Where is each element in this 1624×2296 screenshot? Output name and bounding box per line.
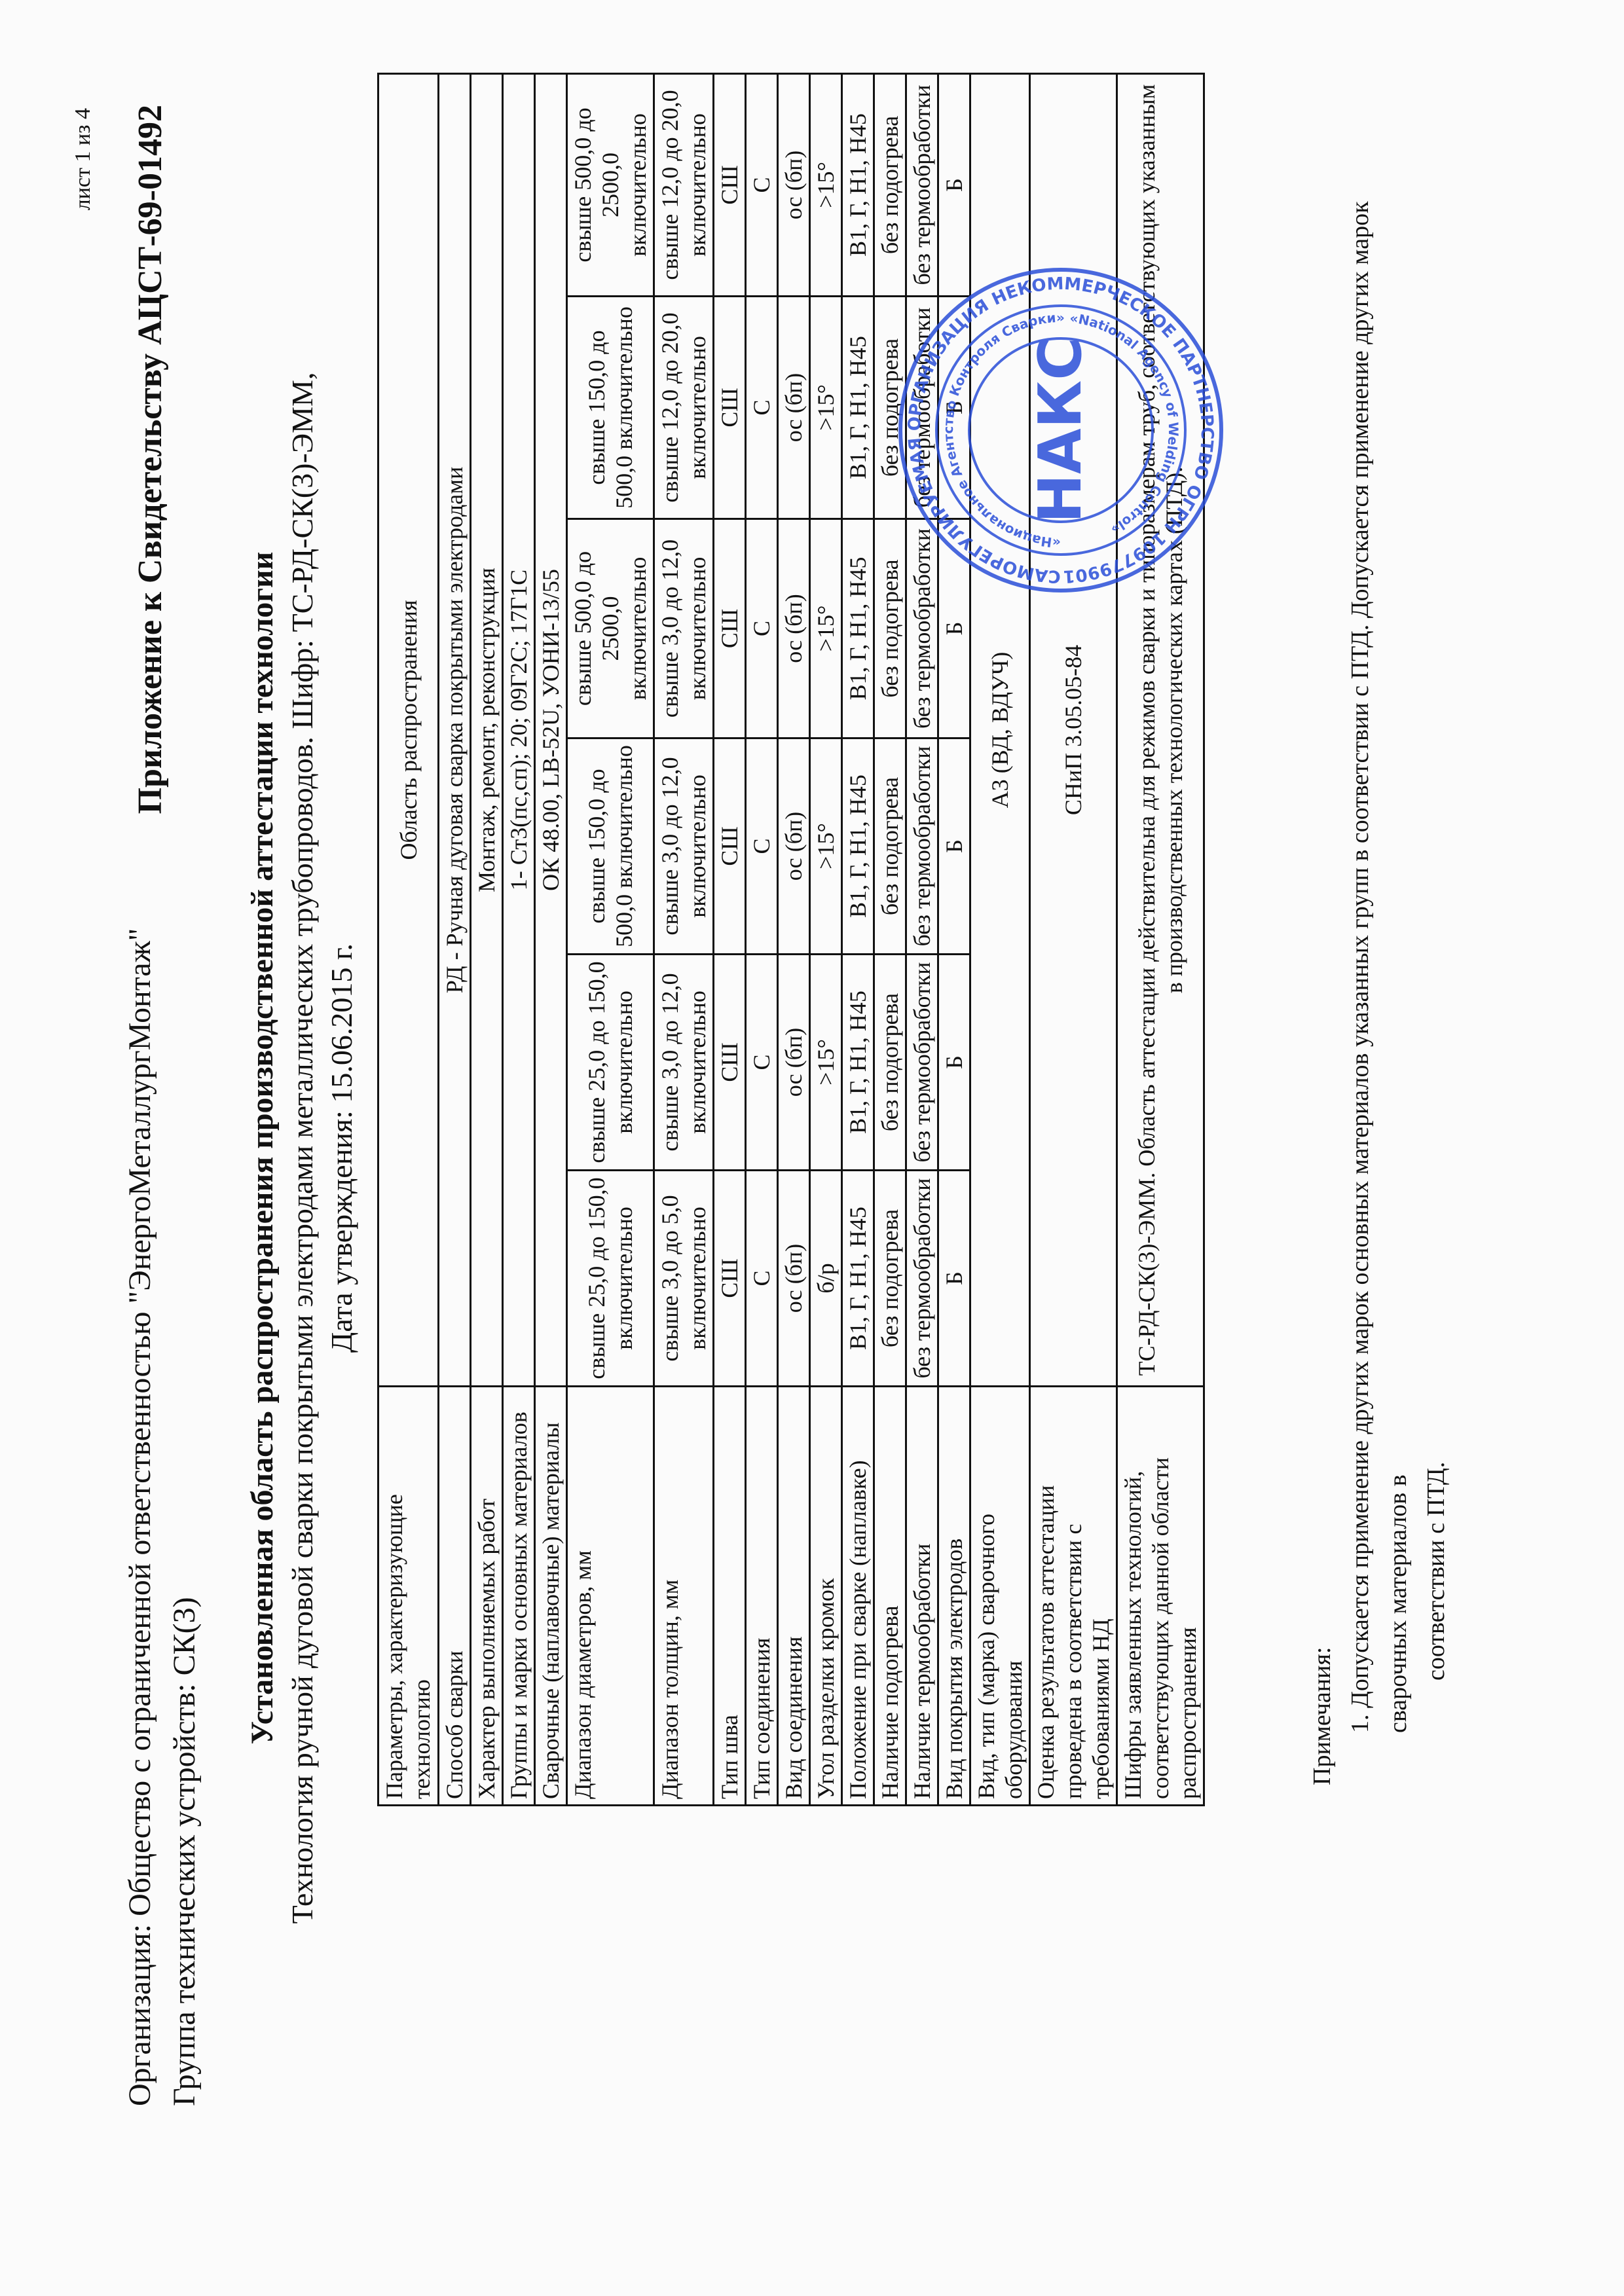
value-cell: свыше 25,0 до 150,0 включительно <box>567 955 654 1171</box>
document-subtitle: Технология ручной дуговой сварки покрыты… <box>283 0 361 2296</box>
table-row: Тип соединенияСССССС <box>746 73 778 1805</box>
table-row: Угол разделки кромокб/р>15°>15°>15°>15°>… <box>810 73 842 1805</box>
value-cell: свыше 25,0 до 150,0 включительно <box>567 1171 654 1387</box>
value-cell: СШ <box>714 519 746 738</box>
param-cell: Шифры заявленных технологий, соответству… <box>1117 1387 1204 1806</box>
seal-stamp-icon: САМОРЕГУЛИРУЕМАЯ ОРГАНИЗАЦИЯ НЕКОММЕРЧЕС… <box>897 266 1225 594</box>
value-cell: СШ <box>714 73 746 296</box>
value-cell: Б <box>938 1171 970 1387</box>
stamp-center-text: НАКС <box>1026 337 1095 524</box>
value-cell: >15° <box>810 738 842 955</box>
param-cell: Тип соединения <box>746 1387 778 1806</box>
note-number: 1. <box>1346 1715 1374 1734</box>
value-cell: ос (бп) <box>778 519 810 738</box>
value-cell: В1, Г, Н1, Н45 <box>842 738 874 955</box>
param-cell: Положение при сварке (наплавке) <box>842 1387 874 1806</box>
value-cell: С <box>746 955 778 1171</box>
value-cell: без подогрева <box>874 955 906 1171</box>
value-cell: без термообработки <box>906 955 938 1171</box>
value-cell: ос (бп) <box>778 955 810 1171</box>
value-cell: без термообработки <box>906 1171 938 1387</box>
value-cell: свыше 3,0 до 12,0 включительно <box>654 955 714 1171</box>
value-cell: Монтаж, ремонт, реконструкция <box>471 73 503 1386</box>
value-cell: СШ <box>714 1171 746 1387</box>
param-cell: Угол разделки кромок <box>810 1387 842 1806</box>
table-row: Тип шваСШСШСШСШСШСШ <box>714 73 746 1805</box>
table-row: Группы и марки основных материалов1- Ст3… <box>503 73 535 1805</box>
table-row: Способ сваркиРД - Ручная дуговая сварка … <box>439 73 471 1805</box>
value-cell: свыше 3,0 до 12,0 включительно <box>654 519 714 738</box>
value-cell: С <box>746 738 778 955</box>
value-cell: Б <box>938 955 970 1171</box>
value-cell: В1, Г, Н1, Н45 <box>842 297 874 519</box>
notes-heading: Примечания: <box>1303 83 1341 1785</box>
header-block: Организация: Общество с ограниченной отв… <box>118 928 207 2106</box>
value-cell: С <box>746 297 778 519</box>
table-row: Характер выполняемых работМонтаж, ремонт… <box>471 73 503 1805</box>
sheet-number: лист 1 из 4 <box>71 108 96 210</box>
table-row: Сварочные (наплавочные) материалыОК 48.0… <box>535 73 567 1805</box>
scope-header: Область распространения <box>378 73 439 1386</box>
value-cell: >15° <box>810 519 842 738</box>
value-cell: свыше 3,0 до 12,0 включительно <box>654 738 714 955</box>
value-cell: СШ <box>714 738 746 955</box>
param-cell: Диапазон диаметров, мм <box>567 1387 654 1806</box>
param-cell: Характер выполняемых работ <box>471 1387 503 1806</box>
value-cell: РД - Ручная дуговая сварка покрытыми эле… <box>439 73 471 1386</box>
table-row: Положение при сварке (наплавке)В1, Г, Н1… <box>842 73 874 1805</box>
value-cell: Б <box>938 73 970 296</box>
value-cell: без подогрева <box>874 738 906 955</box>
document-page: лист 1 из 4 Организация: Общество с огра… <box>0 0 1624 2296</box>
table-row: Диапазон толщин, ммсвыше 3,0 до 5,0 вклю… <box>654 73 714 1805</box>
value-cell: >15° <box>810 297 842 519</box>
param-cell: Тип шва <box>714 1387 746 1806</box>
note-text: Допускается применение других марок осно… <box>1346 201 1412 1733</box>
value-cell: В1, Г, Н1, Н45 <box>842 519 874 738</box>
value-cell: СШ <box>714 297 746 519</box>
param-cell: Сварочные (наплавочные) материалы <box>535 1387 567 1806</box>
table-header-row: Параметры, характеризующие технологию Об… <box>378 73 439 1805</box>
value-cell: ос (бп) <box>778 738 810 955</box>
value-cell: свыше 150,0 до 500,0 включительно <box>567 738 654 955</box>
value-cell: ОК 48.00, LB-52U, УОНИ-13/55 <box>535 73 567 1386</box>
value-cell: б/р <box>810 1171 842 1387</box>
value-cell: без термообработки <box>906 73 938 296</box>
value-cell: свыше 3,0 до 5,0 включительно <box>654 1171 714 1387</box>
value-cell: Б <box>938 738 970 955</box>
value-cell: В1, Г, Н1, Н45 <box>842 73 874 296</box>
value-cell: В1, Г, Н1, Н45 <box>842 1171 874 1387</box>
value-cell: свыше 500,0 до 2500,0 включительно <box>567 73 654 296</box>
param-header: Параметры, характеризующие технологию <box>378 1387 439 1806</box>
value-cell: ос (бп) <box>778 73 810 296</box>
value-cell: В1, Г, Н1, Н45 <box>842 955 874 1171</box>
param-cell: Оценка результатов аттестации проведена … <box>1030 1387 1117 1806</box>
value-cell: без термообработки <box>906 738 938 955</box>
note-continuation: соответствии с ПТД. <box>1417 83 1455 1733</box>
param-cell: Наличие термообработки <box>906 1387 938 1806</box>
table-row: Вид соединенияос (бп)ос (бп)ос (бп)ос (б… <box>778 73 810 1805</box>
param-cell: Способ сварки <box>439 1387 471 1806</box>
value-cell: 1- Ст3(пс,сп); 20; 09Г2С; 17Г1С <box>503 73 535 1386</box>
value-cell: свыше 12,0 до 20,0 включительно <box>654 297 714 519</box>
value-cell: свыше 12,0 до 20,0 включительно <box>654 73 714 296</box>
value-cell: свыше 500,0 до 2500,0 включительно <box>567 519 654 738</box>
value-cell: С <box>746 519 778 738</box>
value-cell: свыше 150,0 до 500,0 включительно <box>567 297 654 519</box>
organization-name: Организация: Общество с ограниченной отв… <box>118 928 162 2106</box>
appendix-title: Приложение к Свидетельству АЦСТ-69-01492 <box>131 105 170 814</box>
value-cell: >15° <box>810 73 842 296</box>
param-cell: Группы и марки основных материалов <box>503 1387 535 1806</box>
value-cell: >15° <box>810 955 842 1171</box>
titles: Установленная область распространения пр… <box>242 0 361 2296</box>
note-item: 1. Допускается применение других марок о… <box>1341 83 1455 1733</box>
param-cell: Наличие подогрева <box>874 1387 906 1806</box>
table-row: Диапазон диаметров, ммсвыше 25,0 до 150,… <box>567 73 654 1805</box>
value-cell: без подогрева <box>874 1171 906 1387</box>
value-cell: без подогрева <box>874 73 906 296</box>
document-title: Установленная область распространения пр… <box>242 0 283 2296</box>
notes: Примечания: 1. Допускается применение др… <box>1303 83 1455 1785</box>
device-group: Группа технических устройств: СК(3) <box>162 928 207 2106</box>
param-cell: Вид покрытия электродов <box>938 1387 970 1806</box>
value-cell: С <box>746 1171 778 1387</box>
value-cell: ос (бп) <box>778 1171 810 1387</box>
param-cell: Вид, тип (марка) сварочного оборудования <box>970 1387 1030 1806</box>
value-cell: ос (бп) <box>778 297 810 519</box>
param-cell: Вид соединения <box>778 1387 810 1806</box>
param-cell: Диапазон толщин, мм <box>654 1387 714 1806</box>
value-cell: С <box>746 73 778 296</box>
value-cell: СШ <box>714 955 746 1171</box>
